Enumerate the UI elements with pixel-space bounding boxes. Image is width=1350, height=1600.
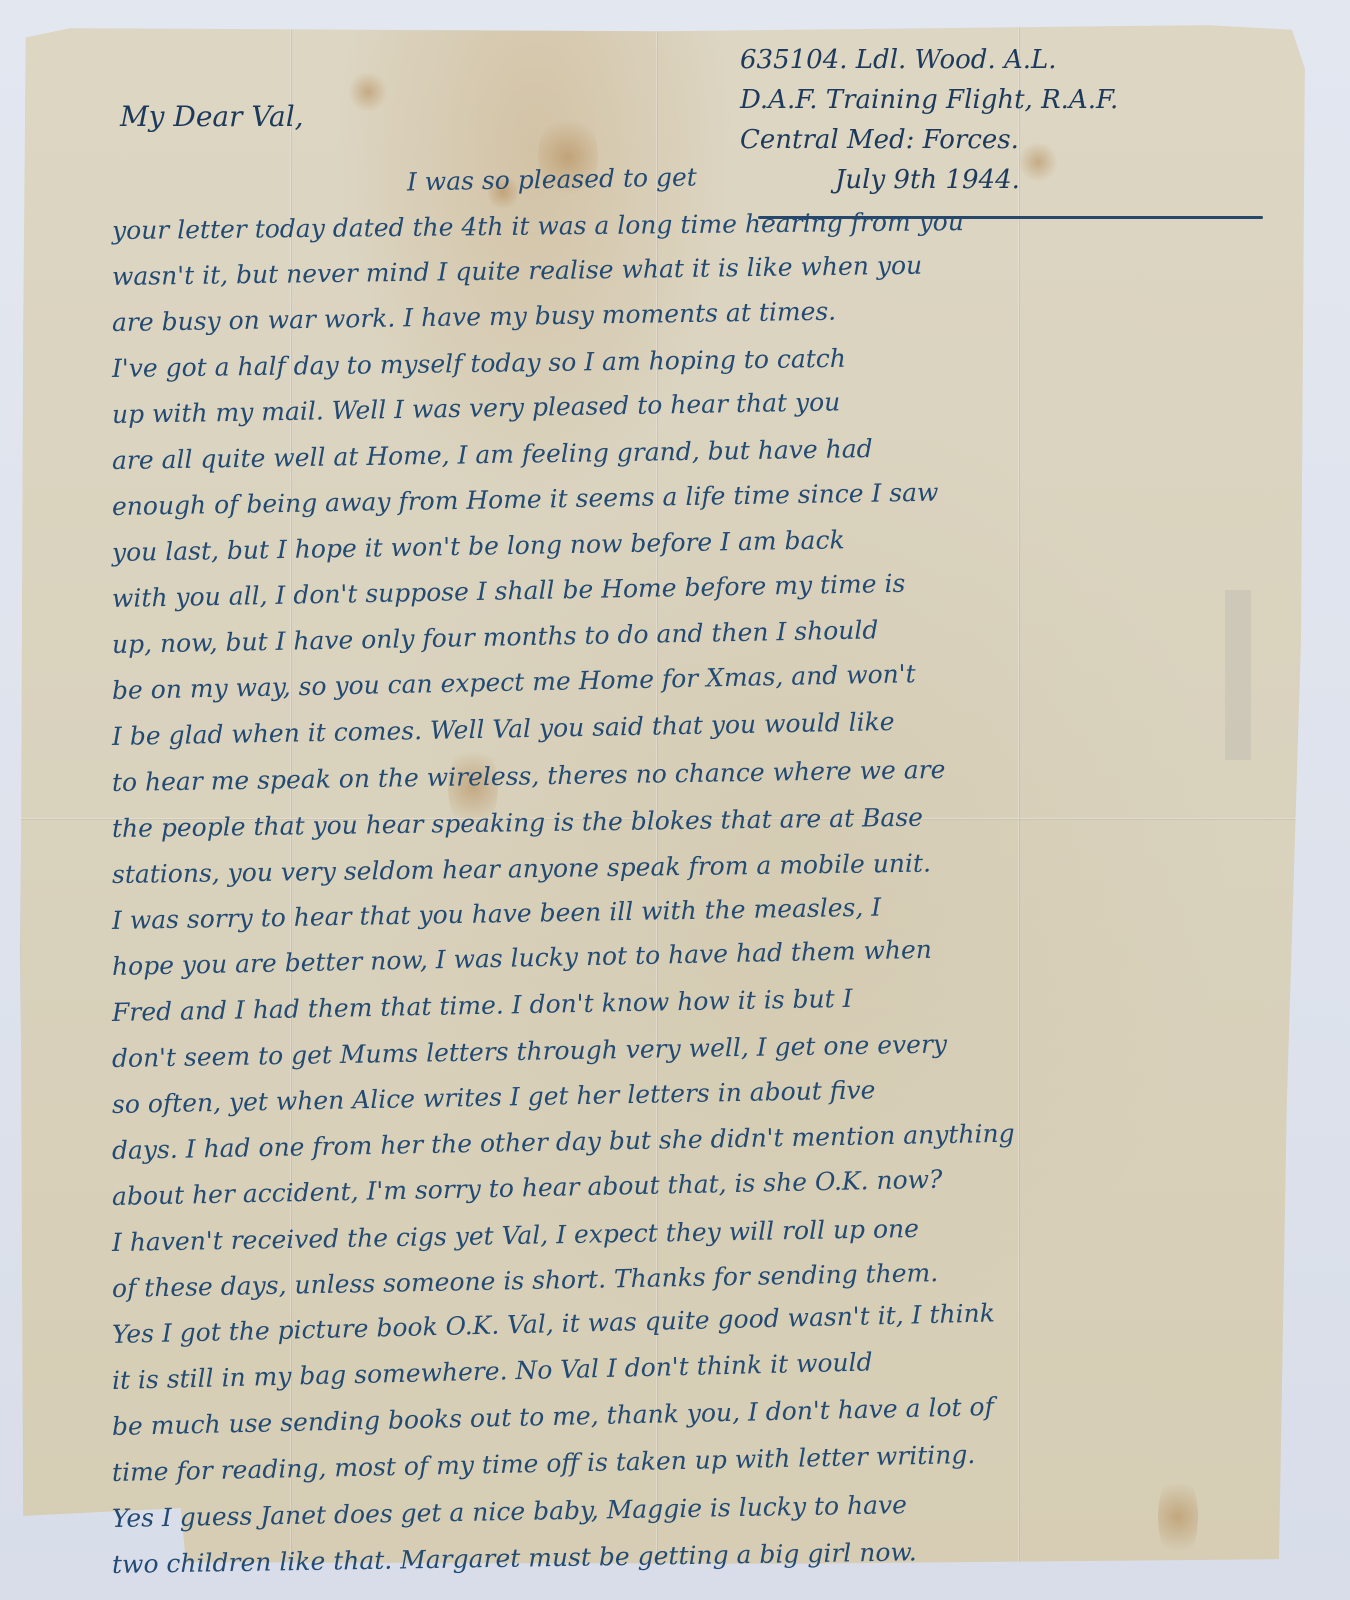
age-stain [348,72,388,112]
sender-service-number-name: 635104. Ldl. Wood. A.L. [740,40,1118,80]
letter-body: I was so pleased to getyour letter today… [112,162,1262,1588]
salutation: My Dear Val, [120,100,304,133]
sender-unit: D.A.F. Training Flight, R.A.F. [740,80,1118,120]
